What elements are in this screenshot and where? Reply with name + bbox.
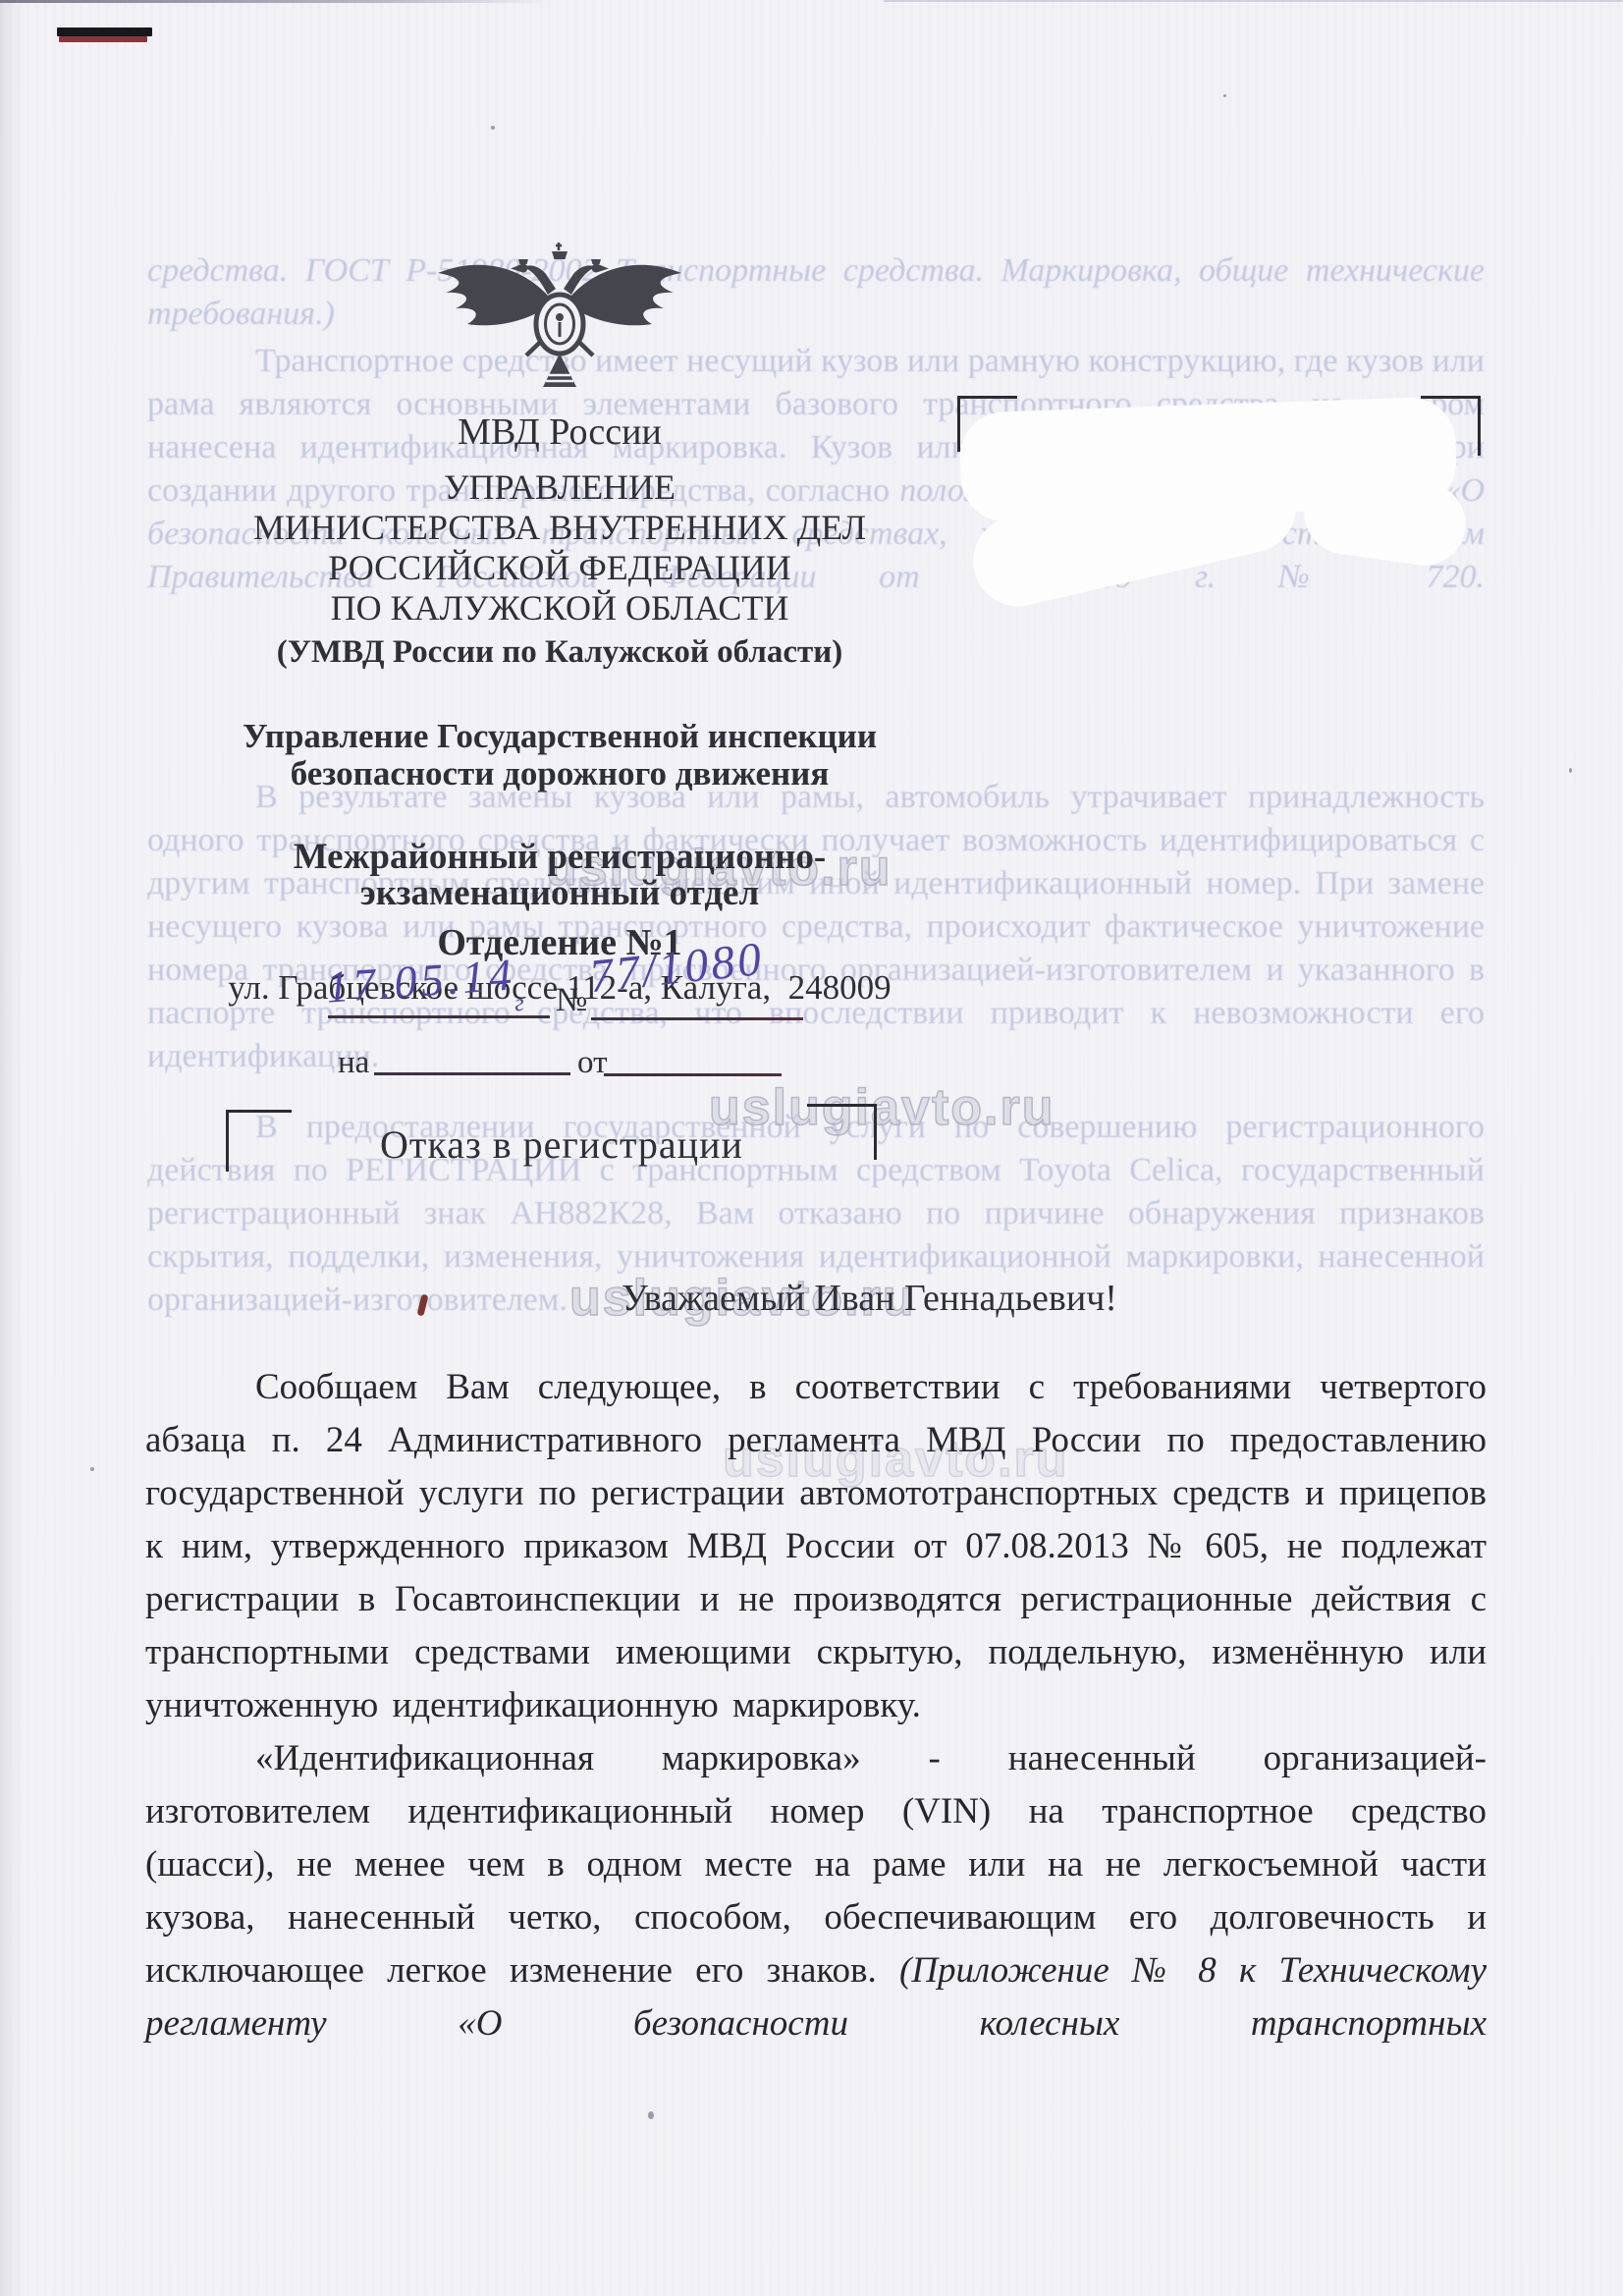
address-corner-mark-left xyxy=(957,396,1017,452)
ref-na-underline xyxy=(374,1072,570,1075)
mreo-line: Межрайонный регистрационно- xyxy=(157,839,962,875)
date-underline xyxy=(328,1015,550,1018)
scan-speck xyxy=(491,126,495,130)
redacted-stamp-mark xyxy=(57,27,152,36)
scanner-edge-line xyxy=(884,0,1623,2)
site-watermark: uslugiavto.ru xyxy=(709,1078,1055,1137)
mreo-branch: Отделение №1 xyxy=(157,921,962,964)
org-name-line: УПРАВЛЕНИЕ xyxy=(157,467,962,508)
org-short-name: (УМВД России по Калужской области) xyxy=(157,634,962,671)
org-name-line: МВД России xyxy=(157,410,962,454)
salutation: Уважаемый Иван Геннадьевич! xyxy=(622,1277,1117,1320)
letter-body: Сообщаем Вам следующее, в соответствии с… xyxy=(145,1361,1487,2050)
ref-na-label: на xyxy=(338,1045,369,1081)
scan-speck xyxy=(648,2111,654,2119)
org-name-line: МИНИСТЕРСТВА ВНУТРЕННИХ ДЕЛ xyxy=(157,508,962,548)
ref-ot-underline xyxy=(604,1073,782,1076)
number-sign-label: № xyxy=(556,982,587,1019)
gibdd-line: безопасности дорожного движения xyxy=(157,755,962,793)
org-name-line: ПО КАЛУЖСКОЙ ОБЛАСТИ xyxy=(157,588,962,629)
number-underline xyxy=(591,1017,803,1020)
subject-corner-mark-right xyxy=(807,1104,877,1160)
ref-ot-label: от xyxy=(577,1045,608,1081)
org-name-line: РОССИЙСКОЙ ФЕДЕРАЦИИ xyxy=(157,548,962,588)
scanned-letter-page: средства. ГОСТ Р-51980-2002 Транспортные… xyxy=(0,0,1623,2296)
gibdd-line: Управление Государственной инспекции xyxy=(157,718,962,755)
letterhead: МВД России УПРАВЛЕНИЕ МИНИСТЕРСТВА ВНУТР… xyxy=(157,238,962,1008)
scan-speck xyxy=(1569,768,1572,773)
address-corner-mark-right xyxy=(1421,396,1481,456)
subject-corner-mark-left xyxy=(226,1110,292,1172)
scanner-edge-line xyxy=(0,0,550,3)
mreo-line: экзаменационный отдел xyxy=(157,875,962,911)
body-paragraph-2: «Идентификационная маркировка» - нанесен… xyxy=(145,1732,1487,2050)
body-paragraph-1: Сообщаем Вам следующее, в соответствии с… xyxy=(145,1361,1487,1732)
scan-speck xyxy=(1223,94,1226,97)
subject-title: Отказ в регистрации xyxy=(380,1121,743,1168)
redacted-stamp-mark-red xyxy=(59,36,147,42)
scan-speck xyxy=(90,1467,94,1471)
